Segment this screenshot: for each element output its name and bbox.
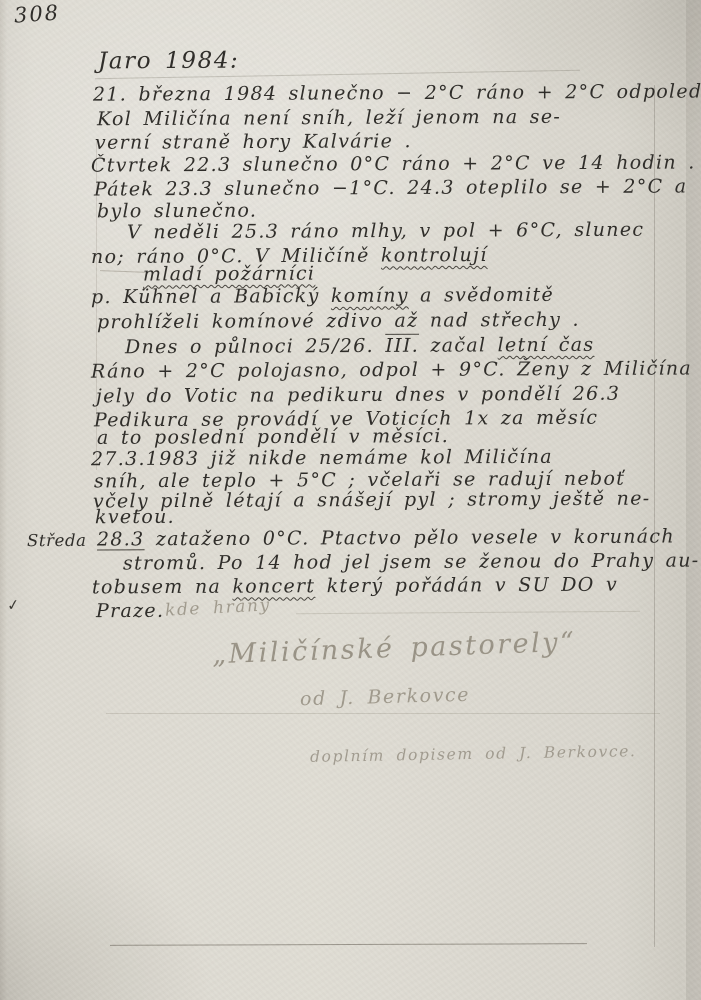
pencil-note-played: kde hrány (165, 595, 272, 621)
diary-line: kvetou. (95, 506, 175, 529)
line-text: p. Kühnel a Babický (91, 285, 331, 308)
pencil-guideline-note (296, 611, 640, 614)
line-text: Dnes o půlnoci 25/26. (125, 335, 385, 358)
diary-line: V neděli 25.3 ráno mlhy, v pol + 6°C, sl… (127, 219, 644, 245)
page-edge-strip (686, 0, 701, 1000)
diary-line: Kol Miličína není sníh, leží jenom na se… (97, 106, 561, 131)
diary-line: Čtvrtek 22.3 slunečno 0°C ráno + 2°C ve … (91, 151, 696, 177)
chronicle-page: 308 Jaro 1984: 21. března 1984 slunečno … (0, 0, 701, 1000)
diary-line: Pátek 23.3 slunečno −1°C. 24.3 oteplilo … (94, 175, 688, 201)
diary-line: Praze. (96, 600, 164, 623)
diary-line: jely do Votic na pedikuru dnes v pondělí… (96, 383, 620, 409)
roman-numeral: III. (385, 335, 419, 357)
underlined-phrase: letní čas (498, 334, 595, 357)
line-text: začal (419, 334, 498, 356)
diary-line: 28.3 zataženo 0°C. Ptactvo pělo vesele v… (97, 525, 675, 551)
diary-line: stromů. Po 14 hod jel jsem se ženou do P… (123, 549, 700, 575)
checkmark-annotation: ✓ (6, 595, 21, 615)
underlined-word: koncert (232, 575, 315, 597)
bottom-pencil-rule (110, 943, 587, 946)
diary-line: včely pilně létají a snášejí pyl ; strom… (93, 488, 651, 514)
line-text: zataženo 0°C. Ptactvo pělo vesele v koru… (144, 525, 674, 550)
diary-line: verní straně hory Kalvárie . (95, 130, 412, 155)
underlined-phrase: mladí požárníci (143, 263, 315, 286)
line-text: který pořádán v SU DO v (315, 574, 618, 598)
pencil-addendum: doplním dopisem od J. Berkovce. (310, 742, 637, 766)
diary-line: mladí požárníci (143, 263, 315, 287)
underlined-date: 28.3 (97, 528, 145, 550)
underlined-word: komíny (331, 285, 409, 307)
diary-line: 21. března 1984 slunečno − 2°C ráno + 2°… (93, 80, 701, 106)
line-text: tobusem na (92, 576, 233, 599)
diary-line: Ráno + 2°C polojasno, odpol + 9°C. Ženy … (91, 357, 692, 383)
diary-line: tobusem na koncert který pořádán v SU DO… (92, 574, 618, 600)
diary-line: p. Kühnel a Babický komíny a svědomitě (91, 284, 554, 309)
line-text: a svědomitě (409, 284, 554, 307)
page-number: 308 (13, 1, 61, 27)
underlined-word: kontrolují (381, 244, 488, 267)
heading-season: Jaro 1984: (98, 50, 239, 74)
margin-day-note: Středa (27, 529, 87, 552)
diary-line: prohlíželi komínové zdivo až nad střechy… (97, 309, 580, 335)
pencil-author: od J. Berkovce (300, 684, 471, 710)
diary-line: Dnes o půlnoci 25/26. III. začal letní č… (125, 334, 595, 359)
pencil-dash-mark (100, 270, 148, 273)
pencil-guideline-author (106, 713, 660, 714)
pencil-title: „Miličínské pastorely“ (212, 627, 577, 671)
page-edge-crease (654, 85, 655, 947)
